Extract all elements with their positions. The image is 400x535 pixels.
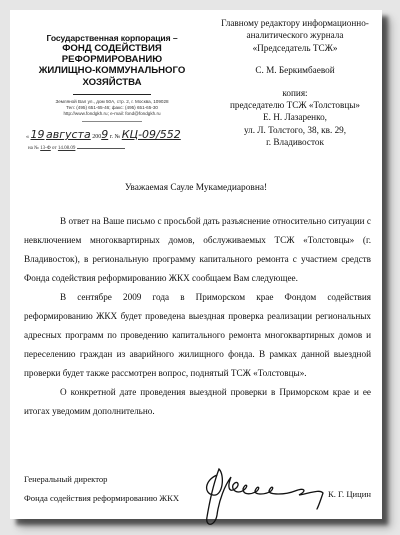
letterhead-divider-2 [82, 121, 142, 122]
letterhead-divider [73, 94, 151, 95]
greeting: Уважаемая Сауле Мукамедиаровна! [10, 183, 382, 193]
reference-number: 13-Ф [40, 146, 51, 151]
org-name-line: ХОЗЯЙСТВА [32, 77, 192, 88]
outgoing-number: КЦ-09/552 [122, 128, 181, 141]
org-name-line: ФОНД СОДЕЙСТВИЯ [32, 43, 192, 54]
outgoing-year: 9 [101, 128, 108, 141]
paragraph: О конкретной дате проведения выездной пр… [24, 383, 371, 421]
reference-line: на № 13-Ф от 14.08.09 [28, 146, 125, 151]
org-kind: Государственная корпорация – [32, 33, 192, 43]
org-web: http://www.fondgkh.ru; e-mail: fond@fond… [32, 111, 192, 117]
outgoing-number-line: « 19 августа 2009 г. № КЦ-09/552 [26, 128, 181, 141]
addressee-block: Главному редактору информационно- аналит… [200, 17, 390, 149]
org-address: Земляной Вал ул., дом 50А, стр. 2, г. Мо… [32, 99, 192, 105]
org-name-line: РЕФОРМИРОВАНИЮ [32, 54, 192, 65]
reference-date: 14.08.09 [58, 146, 76, 151]
copy-label: копия: [200, 87, 390, 99]
paragraph: В сентябре 2009 года в Приморском крае Ф… [24, 288, 371, 383]
letterhead: Государственная корпорация – ФОНД СОДЕЙС… [32, 33, 192, 122]
addressee-name: С. М. Беркимбаевой [200, 64, 390, 76]
outgoing-day: 19 [31, 128, 45, 141]
outgoing-month: августа [46, 128, 91, 141]
letter-page: Государственная корпорация – ФОНД СОДЕЙС… [10, 10, 382, 519]
signature-title: Генеральный директор Фонда содействия ре… [24, 470, 179, 508]
signatory-name: К. Г. Цицин [328, 489, 371, 499]
letter-body: В ответ на Ваше письмо с просьбой дать р… [24, 212, 371, 421]
handwritten-signature-icon [195, 455, 345, 530]
org-name-line: ЖИЛИЩНО-КОММУНАЛЬНОГО [32, 65, 192, 76]
paragraph: В ответ на Ваше письмо с просьбой дать р… [24, 212, 371, 288]
